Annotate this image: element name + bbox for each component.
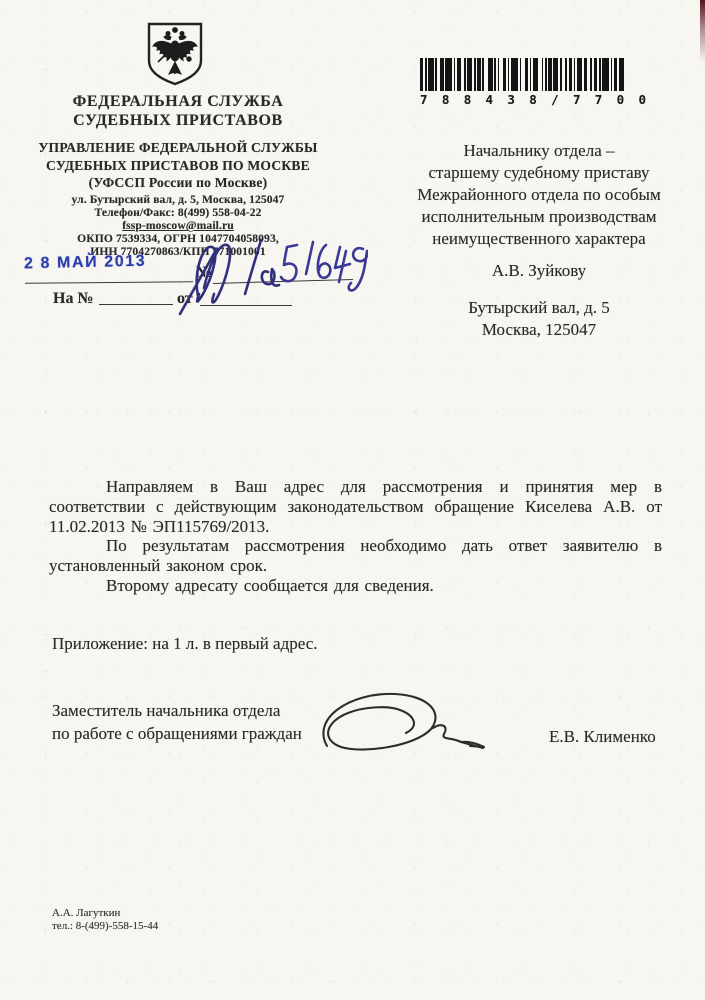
scan-edge-artifact [700, 0, 705, 62]
barcode-digits: 7 8 8 4 3 8 / 7 7 0 0 [420, 92, 628, 107]
recipient-line: Начальнику отдела – [383, 140, 695, 162]
executor-phone: тел.: 8-(499)-558-15-44 [52, 920, 158, 933]
signer-name: Е.В. Клименко [549, 727, 656, 747]
executor-name: А.А. Лагуткин [52, 907, 158, 920]
department-line2: СУДЕБНЫХ ПРИСТАВОВ ПО МОСКВЕ [18, 157, 338, 175]
signer-position: Заместитель начальника отдела по работе … [52, 699, 302, 745]
date-stamp: 2 8 МАЙ 2013 [24, 253, 147, 274]
executor-block: А.А. Лагуткин тел.: 8-(499)-558-15-44 [52, 907, 158, 933]
department-line1: УПРАВЛЕНИЕ ФЕДЕРАЛЬНОЙ СЛУЖБЫ [18, 139, 338, 157]
recipient-address-line1: Бутырский вал, д. 5 [383, 297, 695, 319]
signature [293, 684, 495, 764]
reference-na-label: На № [53, 290, 94, 308]
body-paragraph: Направляем в Ваш адрес для рассмотрения … [49, 477, 662, 536]
recipient-name: А.В. Зуйкову [383, 260, 695, 282]
contact-address: ул. Бутырский вал, д. 5, Москва, 125047 [22, 193, 334, 206]
recipient-line: Межрайонного отдела по особым [383, 184, 695, 206]
letter-body: Направляем в Ваш адрес для рассмотрения … [49, 477, 662, 596]
body-paragraph: По результатам рассмотрения необходимо д… [49, 536, 662, 576]
barcode: 7 8 8 4 3 8 / 7 7 0 0 [420, 58, 628, 107]
agency-name-line1: ФЕДЕРАЛЬНАЯ СЛУЖБА [22, 92, 334, 111]
signer-position-line2: по работе с обращениями граждан [52, 722, 302, 745]
recipient-line: старшему судебному приставу [383, 162, 695, 184]
agency-name: ФЕДЕРАЛЬНАЯ СЛУЖБА СУДЕБНЫХ ПРИСТАВОВ [22, 92, 334, 130]
handwritten-number [148, 228, 368, 320]
department-name: УПРАВЛЕНИЕ ФЕДЕРАЛЬНОЙ СЛУЖБЫ СУДЕБНЫХ П… [18, 139, 338, 192]
coat-of-arms-icon [145, 21, 205, 87]
signer-position-line1: Заместитель начальника отдела [52, 699, 302, 722]
recipient-line: исполнительным производствам [383, 206, 695, 228]
department-line3: (УФССП России по Москве) [18, 174, 338, 192]
attachment-note: Приложение: на 1 л. в первый адрес. [52, 634, 318, 654]
contact-phone-fax: Телефон/Факс: 8(499) 558-04-22 [22, 206, 334, 219]
scanned-letter-page: 7 8 8 4 3 8 / 7 7 0 0 ФЕДЕРАЛЬНАЯ СЛУЖБА… [0, 0, 705, 1000]
agency-name-line2: СУДЕБНЫХ ПРИСТАВОВ [22, 111, 334, 130]
recipient-block: Начальнику отдела – старшему судебному п… [383, 140, 695, 341]
barcode-bars [420, 58, 628, 91]
body-paragraph: Второму адресату сообщается для сведения… [49, 576, 662, 596]
recipient-address-line2: Москва, 125047 [383, 319, 695, 341]
recipient-line: неимущественного характера [383, 228, 695, 250]
